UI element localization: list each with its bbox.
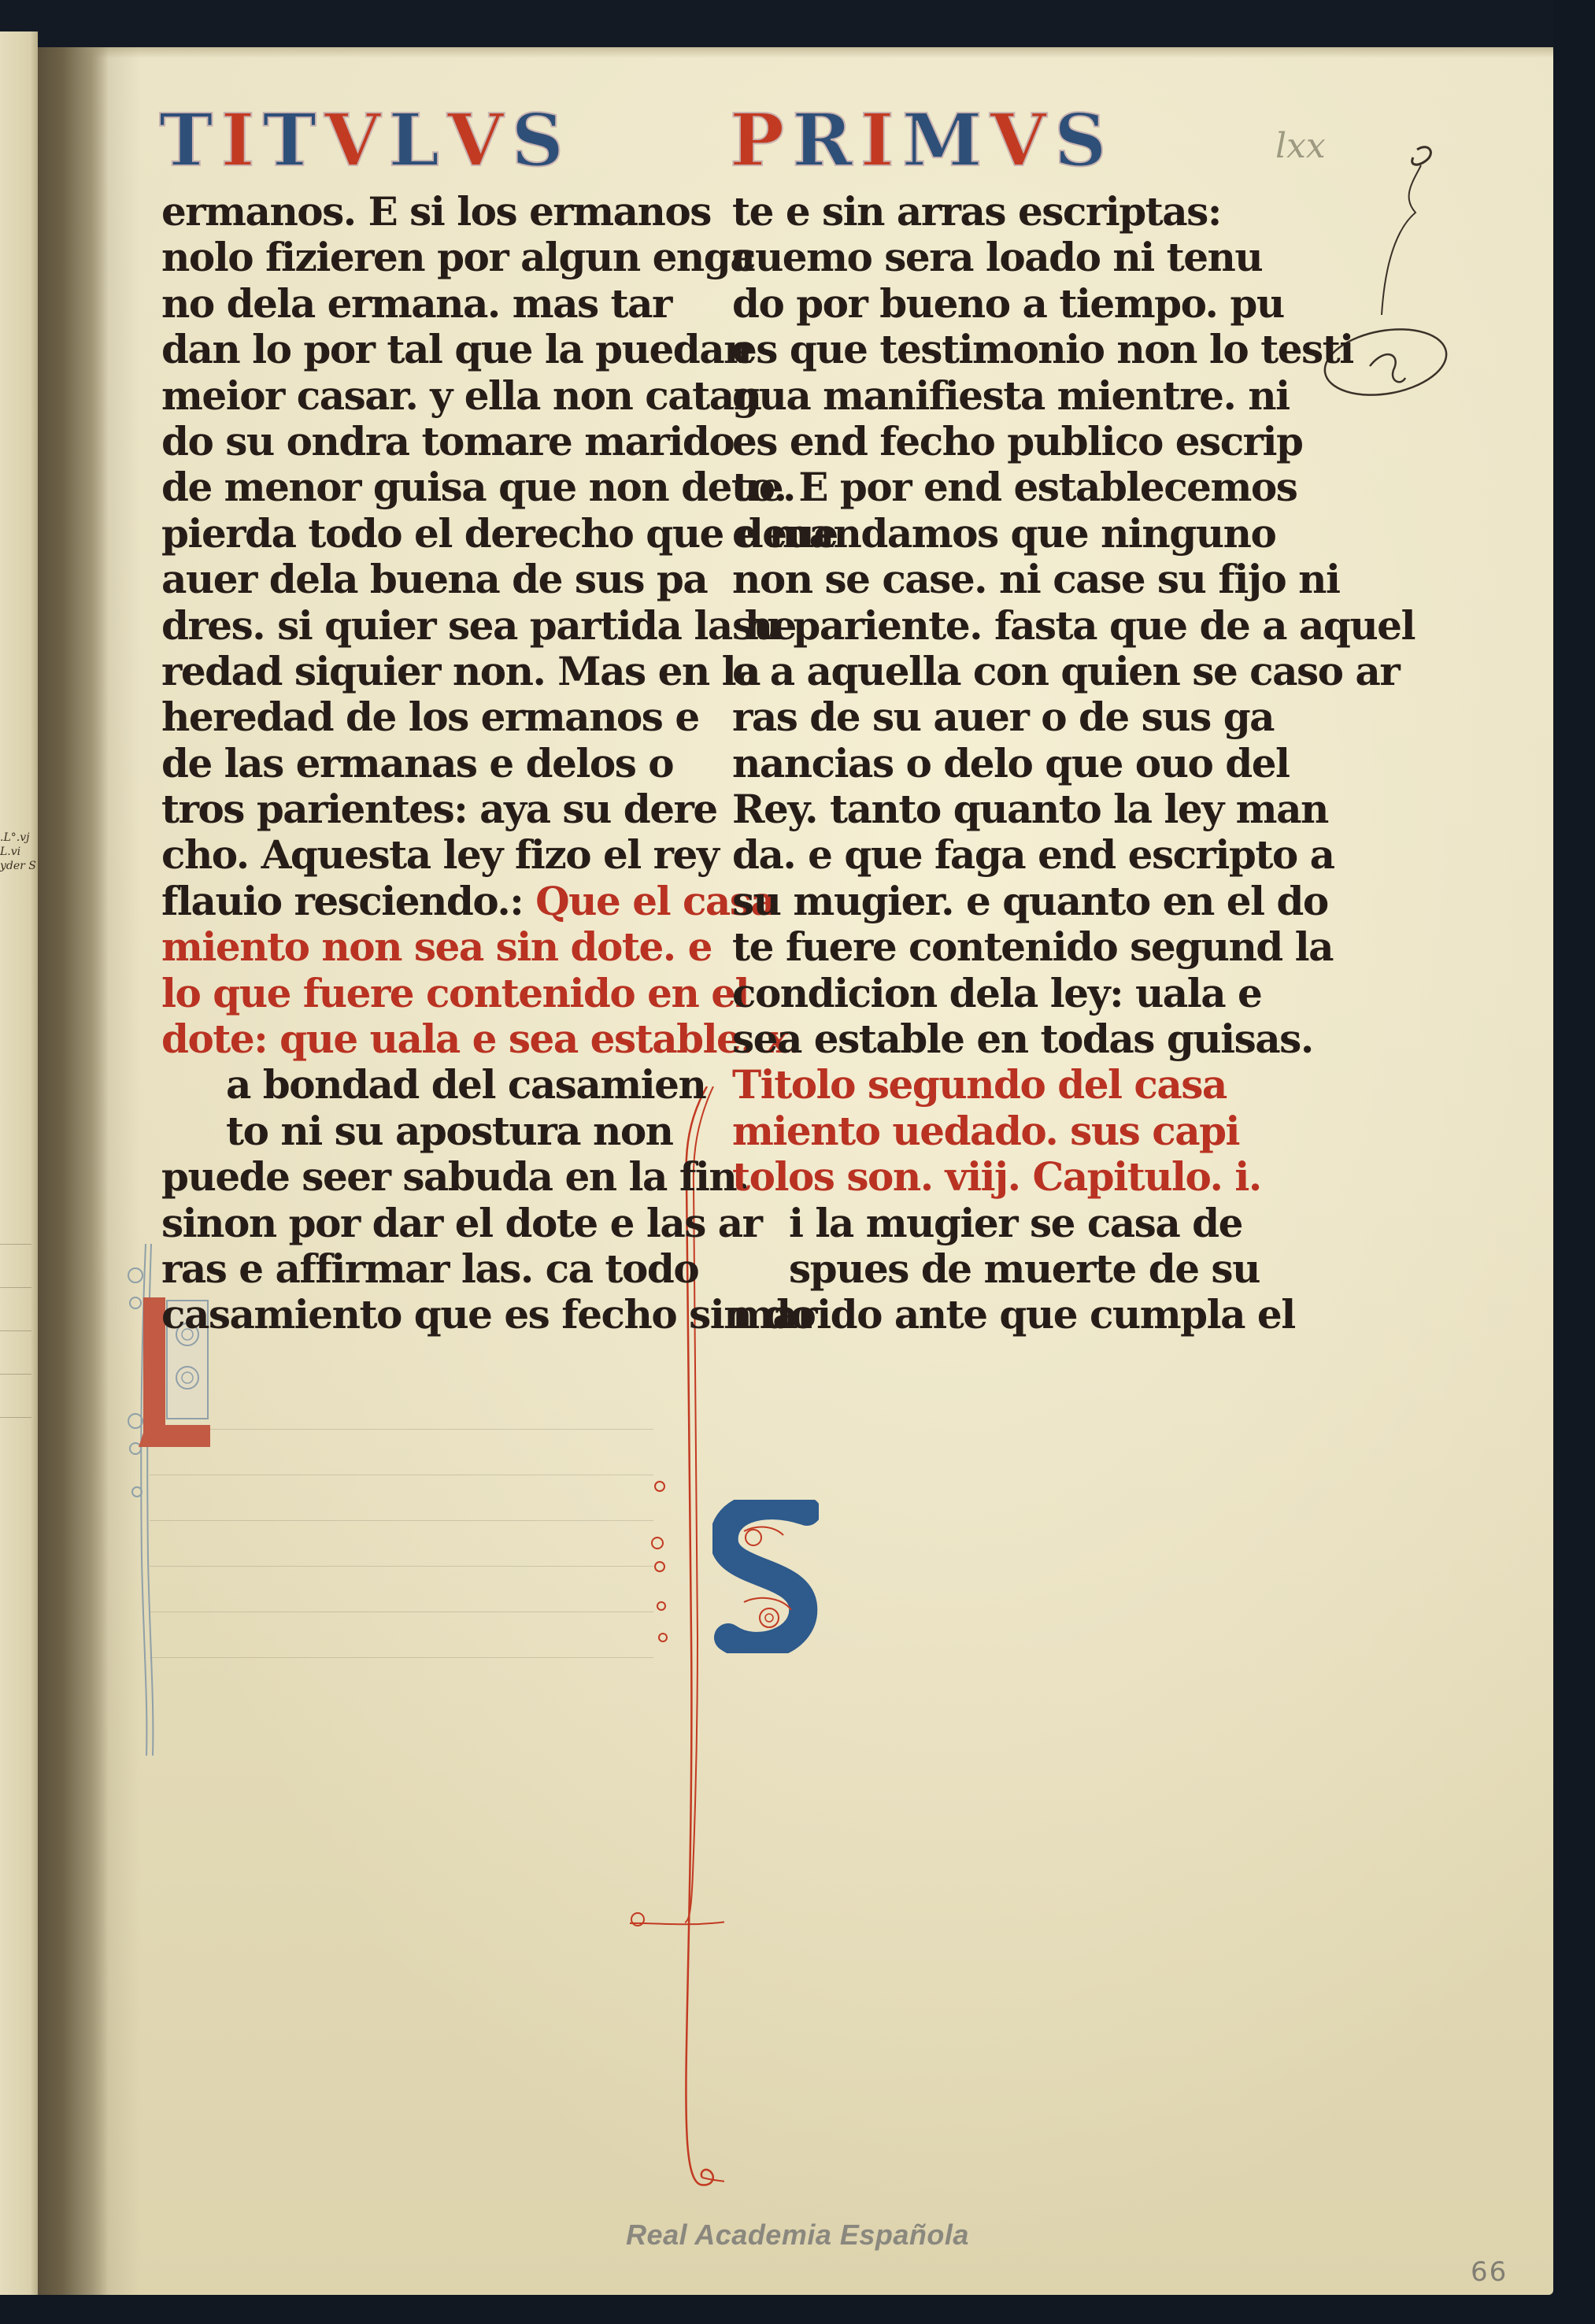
running-title-letter: L [387, 101, 442, 179]
running-title-letter: V [323, 101, 383, 179]
ruling-line [150, 1566, 653, 1567]
text-line: do su ondra tomare marido [161, 419, 653, 464]
text-line: su mugier. e quanto en el do [732, 879, 1236, 924]
running-title-letter: M [901, 101, 986, 179]
text-line: cho. Aquesta ley fizo el rey [161, 832, 653, 878]
text-line: a bondad del casamien [161, 1062, 653, 1108]
text-line: ermanos. E si los ermanos [161, 189, 653, 235]
ruling-line [0, 1417, 31, 1418]
previous-page-edge: .L°.vj L.vi yder Seal [0, 31, 38, 2299]
text-line: redad siquier non. Mas en la [161, 649, 653, 694]
running-title-letter: I [219, 101, 257, 179]
ruling-line [0, 1374, 31, 1375]
running-title-left: T I T V L V S [157, 93, 646, 179]
rubric-line: tolos son. viij. Capitulo. i. [732, 1154, 1236, 1200]
watermark: Real Academia Española [0, 2219, 1595, 2252]
decorated-initial-S [712, 1500, 819, 1653]
running-title-letter: T [157, 101, 216, 179]
text-line: nolo fizieren por algun enga [161, 235, 653, 280]
text-line: o a aquella con quien se caso ar [732, 649, 1236, 694]
ruling-line [150, 1612, 653, 1612]
text-line: tros parientes: aya su dere [161, 786, 653, 832]
text-line: de las ermanas e delos o [161, 741, 653, 786]
ruling-line [150, 1520, 653, 1521]
text-line: spues de muerte de su [732, 1246, 1236, 1292]
text-line: to ni su apostura non [161, 1108, 653, 1154]
text-line: auer dela buena de sus pa [161, 557, 653, 602]
ruling-line [0, 1330, 31, 1331]
ruling-line [150, 1475, 653, 1475]
text-line: es que testimonio non lo testi [732, 327, 1236, 372]
text-column-right: te e sin arras escriptas: cuemo sera loa… [732, 189, 1236, 1338]
text-line: i la mugier se casa de [732, 1201, 1236, 1246]
text-line: non se case. ni case su fijo ni [732, 557, 1236, 602]
text-line-mixed: flauio resciendo.: Que el casa [161, 879, 653, 924]
text-line: dan lo por tal que la puedan [161, 327, 653, 372]
running-title-letter: R [790, 101, 855, 179]
text-line: te fuere contenido segund la [732, 924, 1236, 970]
pen-flourish-icon [1267, 134, 1449, 417]
ruling-line [150, 1657, 653, 1658]
ruling-line [150, 1429, 653, 1430]
text-line: e mandamos que ninguno [732, 511, 1236, 557]
text-line: cuemo sera loado ni tenu [732, 235, 1236, 280]
text-line: pierda todo el derecho que deue [161, 511, 653, 557]
rubric-line: dote: que uala e sea estable. x. [161, 1016, 653, 1062]
running-title-letter: V [989, 101, 1049, 179]
running-title-letter: V [446, 101, 506, 179]
text-line: puede seer sabuda en la fin. [161, 1154, 653, 1200]
previous-page-margin-note: .L°.vj L.vi yder Seal [0, 831, 36, 873]
text-line: es end fecho publico escrip [732, 419, 1236, 464]
text-line: casamiento que es fecho sin do [161, 1292, 653, 1338]
rubric-line: miento non sea sin dote. e [161, 924, 653, 970]
text-line: sinon por dar el dote e las ar [161, 1201, 653, 1246]
rubric-line: Titolo segundo del casa [732, 1062, 1236, 1108]
text-column-left: ermanos. E si los ermanos nolo fizieren … [161, 189, 653, 1338]
text-line: nancias o delo que ouo del [732, 741, 1236, 786]
text-line: sea estable en todas guisas. [732, 1016, 1236, 1062]
text-line: gua manifiesta mientre. ni [732, 373, 1236, 419]
text-line: ras e affirmar las. ca todo [161, 1246, 653, 1292]
text-line: do por bueno a tiempo. pu [732, 281, 1236, 327]
text-line: ras de su auer o de sus ga [732, 694, 1236, 740]
binding-gutter [38, 47, 109, 2299]
text-line: da. e que faga end escripto a [732, 832, 1236, 878]
running-title-letter: S [509, 101, 566, 179]
text-line: condicion dela ley: uala e [732, 971, 1236, 1016]
ruling-line [0, 1244, 31, 1245]
text-line: te e sin arras escriptas: [732, 189, 1236, 235]
folio-number: 66 [1471, 2256, 1508, 2288]
running-title-letter: P [728, 101, 787, 179]
rubric-line: miento uedado. sus capi [732, 1108, 1236, 1154]
text-line: su pariente. fasta que de a aquel [732, 603, 1236, 649]
running-title-letter: S [1053, 101, 1109, 179]
running-title-letter: T [261, 101, 320, 179]
text-line: marido ante que cumpla el [732, 1292, 1236, 1338]
text-line: to. E por end establecemos [732, 464, 1236, 510]
text-line: heredad de los ermanos e [161, 694, 653, 740]
text-line: Rey. tanto quanto la ley man [732, 786, 1236, 832]
background-surround [0, 2295, 1595, 2324]
text-line: de menor guisa que non deue. [161, 464, 653, 510]
ruling-line [0, 1287, 31, 1288]
text-line: no dela ermana. mas tar [161, 281, 653, 327]
text-line: dres. si quier sea partida la he [161, 603, 653, 649]
running-title-letter: I [859, 101, 897, 179]
text-segment: flauio resciendo.: [161, 878, 535, 924]
running-title-right: P R I M V S [728, 93, 1216, 179]
text-line: meior casar. y ella non catan [161, 373, 653, 419]
rubric-line: lo que fuere contenido en el [161, 971, 653, 1016]
page-top-edge [38, 47, 1553, 58]
background-surround [1553, 0, 1595, 2324]
